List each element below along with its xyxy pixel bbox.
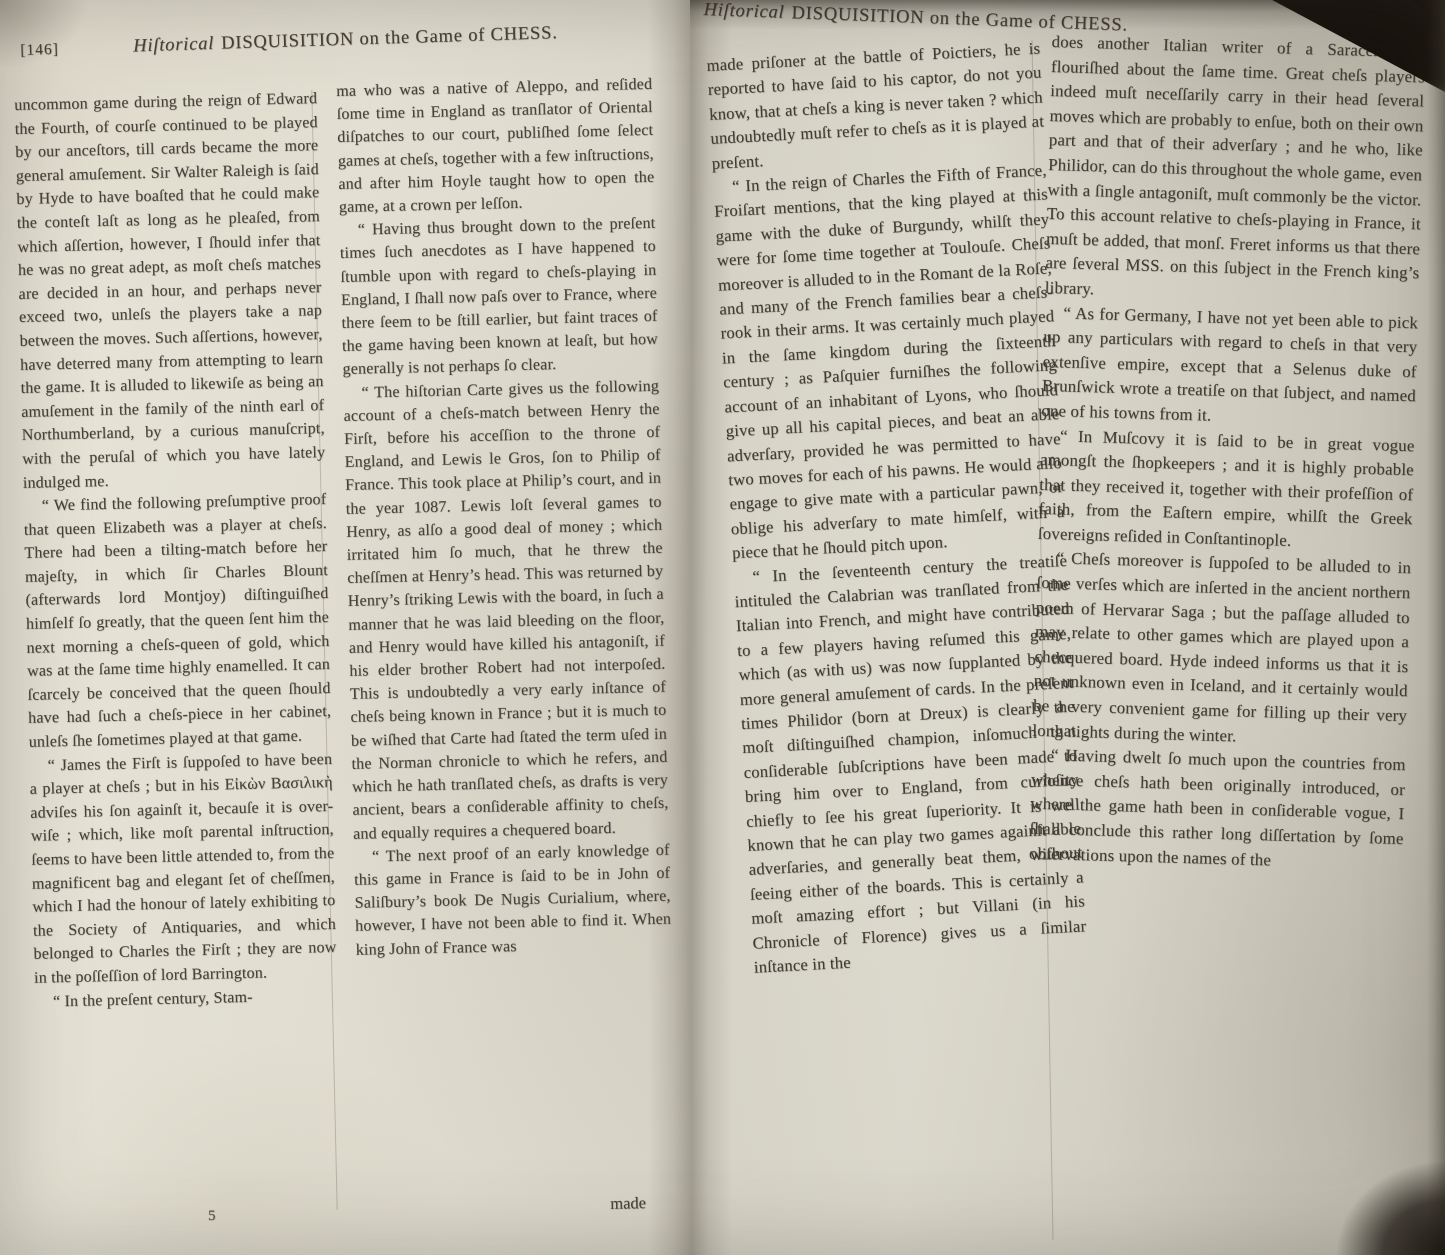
header-italic-word: Hiſtorical — [133, 34, 215, 57]
paragraph: “ Cheſs moreover is ſuppoſed to be allud… — [1032, 546, 1411, 753]
paragraph: “ We find the following preſumptive proo… — [23, 488, 332, 754]
paragraph: “ In Muſcovy it is ſaid to be in great v… — [1038, 423, 1415, 556]
paragraph: “ The next proof of an early knowledge o… — [353, 838, 672, 961]
header-title-rest: DISQUISITION on the Game of CHESS. — [221, 23, 558, 54]
paragraph: made priſoner at the battle of Poictiers… — [706, 37, 1046, 176]
paragraph: does another Italian writer of a Saracen… — [1044, 30, 1425, 311]
header-italic-word: Hiſtorical — [703, 0, 785, 23]
paragraph: ma who was a native of Aleppo, and reſid… — [336, 73, 655, 219]
left-header-title: HiſtoricalDISQUISITION on the Game of CH… — [133, 23, 558, 57]
column-2: ma who was a native of Aleppo, and reſid… — [336, 73, 672, 962]
paragraph: “ Having dwelt ſo much upon the countrie… — [1029, 743, 1406, 876]
catchword: made — [566, 1193, 646, 1215]
paragraph: uncommon game during the reign of Edward… — [14, 87, 326, 495]
paragraph: “ In the reign of Charles the Fifth of F… — [712, 158, 1066, 565]
paragraph: “ James the Firſt is ſuppoſed to have be… — [29, 748, 337, 991]
page-number-left: [146] — [20, 41, 59, 60]
paragraph: “ Having thus brought down to the preſen… — [339, 212, 659, 382]
page-146: [146] HiſtoricalDISQUISITION on the Game… — [0, 0, 690, 1255]
left-page-header: [146] HiſtoricalDISQUISITION on the Game… — [20, 21, 632, 61]
column-4: does another Italian writer of a Saracen… — [1029, 30, 1426, 876]
paragraph: “ As for Germany, I have not yet been ab… — [1041, 300, 1418, 433]
page-147: HiſtoricalDISQUISITION on the Game of CH… — [690, 0, 1445, 1255]
book-photograph: [146] HiſtoricalDISQUISITION on the Game… — [0, 0, 1445, 1255]
paragraph: “ The hiſtorian Carte gives us the follo… — [343, 374, 669, 845]
signature-mark: 5 — [208, 1208, 216, 1225]
column-1: uncommon game during the reign of Edward… — [14, 87, 338, 1014]
